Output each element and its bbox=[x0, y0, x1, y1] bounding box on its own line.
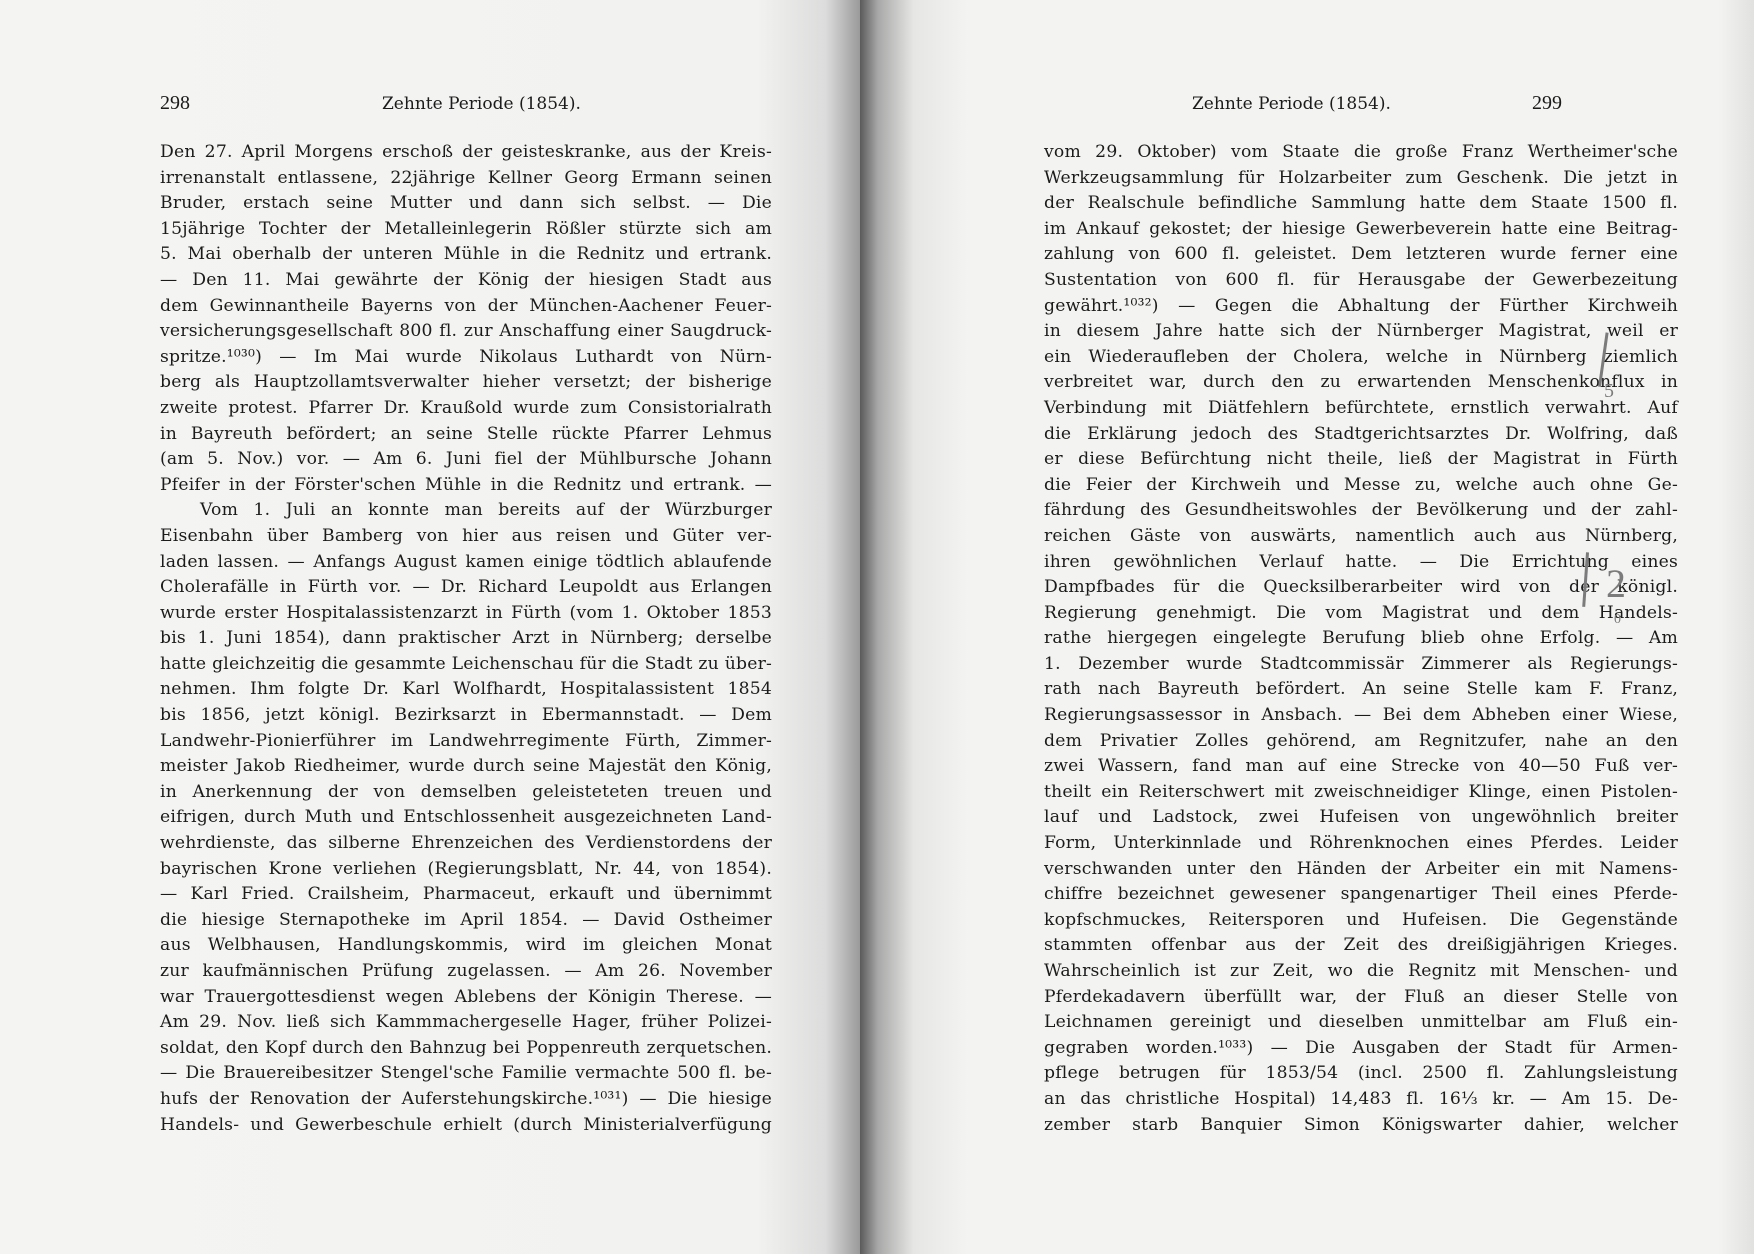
text-line: dem Gewinnantheile Bayerns von der Münch… bbox=[160, 294, 772, 320]
text-line: spritze.¹⁰³⁰) — Im Mai wurde Nikolaus Lu… bbox=[160, 345, 772, 371]
text-line: hatte gleichzeitig die gesammte Leichens… bbox=[160, 652, 772, 678]
text-line: nehmen. Ihm folgte Dr. Karl Wolfhardt, H… bbox=[160, 677, 772, 703]
text-line: Werkzeugsammlung für Holzarbeiter zum Ge… bbox=[1044, 166, 1678, 192]
text-line: chiffre bezeichnet gewesener spangenarti… bbox=[1044, 882, 1678, 908]
text-line: Pfeifer in der Förster'schen Mühle in di… bbox=[160, 473, 772, 499]
text-line: Eisenbahn über Bamberg von hier aus reis… bbox=[160, 524, 772, 550]
text-line: versicherungsgesellschaft 800 fl. zur An… bbox=[160, 319, 772, 345]
text-line: in diesem Jahre hatte sich der Nürnberge… bbox=[1044, 319, 1678, 345]
text-line: Bruder, erstach seine Mutter und dann si… bbox=[160, 191, 772, 217]
text-line: Pferdekadavern überfüllt war, der Fluß a… bbox=[1044, 985, 1678, 1011]
text-line: die Erklärung jedoch des Stadtgerichtsar… bbox=[1044, 422, 1678, 448]
text-line: der Realschule befindliche Sammlung hatt… bbox=[1044, 191, 1678, 217]
text-line: bayrischen Krone verliehen (Regierungsbl… bbox=[160, 857, 772, 883]
text-line: in Anerkennung der von demselben geleist… bbox=[160, 780, 772, 806]
text-line: zur kaufmännischen Prüfung zugelassen. —… bbox=[160, 959, 772, 985]
text-line: die Feier der Kirchweih und Messe zu, we… bbox=[1044, 473, 1678, 499]
left-page-body: Den 27. April Morgens erschoß der geiste… bbox=[160, 140, 772, 1138]
text-line: 1. Dezember wurde Stadtcommissär Zimmere… bbox=[1044, 652, 1678, 678]
text-line: Vom 1. Juli an konnte man bereits auf de… bbox=[160, 498, 772, 524]
text-line: rath nach Bayreuth befördert. An seine S… bbox=[1044, 677, 1678, 703]
text-line: Regierungsassessor in Ansbach. — Bei dem… bbox=[1044, 703, 1678, 729]
pencil-number: 2 bbox=[1606, 560, 1626, 607]
text-line: Cholerafälle in Fürth vor. — Dr. Richard… bbox=[160, 575, 772, 601]
text-line: kopfschmuckes, Reitersporen und Hufeisen… bbox=[1044, 908, 1678, 934]
text-line: zwei Wassern, fand man auf eine Strecke … bbox=[1044, 754, 1678, 780]
right-page-body: vom 29. Oktober) vom Staate die große Fr… bbox=[1044, 140, 1678, 1138]
text-line: in Bayreuth befördert; an seine Stelle r… bbox=[160, 422, 772, 448]
text-line: dem Privatier Zolles gehörend, am Regnit… bbox=[1044, 729, 1678, 755]
text-line: zweite protest. Pfarrer Dr. Kraußold wur… bbox=[160, 396, 772, 422]
left-page: 298 Zehnte Periode (1854). Den 27. April… bbox=[0, 0, 860, 1254]
text-line: Landwehr-Pionierführer im Landwehrregime… bbox=[160, 729, 772, 755]
text-line: Wahrscheinlich ist zur Zeit, wo die Regn… bbox=[1044, 959, 1678, 985]
text-line: zember starb Banquier Simon Königswarter… bbox=[1044, 1113, 1678, 1139]
text-line: Form, Unterkinnlade und Röhrenknochen ei… bbox=[1044, 831, 1678, 857]
text-line: irrenanstalt entlassene, 22jährige Kelln… bbox=[160, 166, 772, 192]
text-line: theilt ein Reiterschwert mit zweischneid… bbox=[1044, 780, 1678, 806]
text-line: fährdung des Gesundheitswohles der Bevöl… bbox=[1044, 498, 1678, 524]
text-line: 5. Mai oberhalb der unteren Mühle in die… bbox=[160, 242, 772, 268]
text-line: aus Welbhausen, Handlungskommis, wird im… bbox=[160, 933, 772, 959]
text-line: stammten offenbar aus der Zeit des dreiß… bbox=[1044, 933, 1678, 959]
text-line: rathe hiergegen eingelegte Berufung blie… bbox=[1044, 626, 1678, 652]
text-line: gegraben worden.¹⁰³³) — Die Ausgaben der… bbox=[1044, 1036, 1678, 1062]
text-line: zahlung von 600 fl. geleistet. Dem letzt… bbox=[1044, 242, 1678, 268]
text-line: eifrigen, durch Muth und Entschlossenhei… bbox=[160, 805, 772, 831]
text-line: lauf und Ladstock, zwei Hufeisen von ung… bbox=[1044, 805, 1678, 831]
text-line: verschwanden unter den Händen der Arbeit… bbox=[1044, 857, 1678, 883]
text-line: — Karl Fried. Crailsheim, Pharmaceut, er… bbox=[160, 882, 772, 908]
text-line: Leichnamen gereinigt und dieselben unmit… bbox=[1044, 1010, 1678, 1036]
text-line: an das christliche Hospital) 14,483 fl. … bbox=[1044, 1087, 1678, 1113]
text-line: verbreitet war, durch den zu erwartenden… bbox=[1044, 370, 1678, 396]
pencil-number-sub: 0 bbox=[1614, 612, 1621, 628]
text-line: pflege betrugen für 1853/54 (incl. 2500 … bbox=[1044, 1061, 1678, 1087]
text-line: bis 1856, jetzt königl. Bezirksarzt in E… bbox=[160, 703, 772, 729]
text-line: war Trauergottesdienst wegen Ablebens de… bbox=[160, 985, 772, 1011]
text-line: Sustentation von 600 fl. für Herausgabe … bbox=[1044, 268, 1678, 294]
text-line: wehrdienste, das silberne Ehrenzeichen d… bbox=[160, 831, 772, 857]
text-line: vom 29. Oktober) vom Staate die große Fr… bbox=[1044, 140, 1678, 166]
text-line: laden lassen. — Anfangs August kamen ein… bbox=[160, 550, 772, 576]
text-line: soldat, den Kopf durch den Bahnzug bei P… bbox=[160, 1036, 772, 1062]
text-line: wurde erster Hospitalassistenzarzt in Fü… bbox=[160, 601, 772, 627]
text-line: — Die Brauereibesitzer Stengel'sche Fami… bbox=[160, 1061, 772, 1087]
text-line: die hiesige Sternapotheke im April 1854.… bbox=[160, 908, 772, 934]
text-line: Am 29. Nov. ließ sich Kammmachergeselle … bbox=[160, 1010, 772, 1036]
text-line: Verbindung mit Diätfehlern befürchtete, … bbox=[1044, 396, 1678, 422]
running-head-left: Zehnte Periode (1854). bbox=[382, 94, 581, 114]
running-head-right: Zehnte Periode (1854). bbox=[1192, 94, 1391, 114]
text-line: meister Jakob Riedheimer, wurde durch se… bbox=[160, 754, 772, 780]
pencil-mark-sub: 5 bbox=[1604, 380, 1614, 403]
text-line: — Den 11. Mai gewährte der König der hie… bbox=[160, 268, 772, 294]
text-line: gewährt.¹⁰³²) — Gegen die Abhaltung der … bbox=[1044, 294, 1678, 320]
text-line: 15jährige Tochter der Metalleinlegerin R… bbox=[160, 217, 772, 243]
text-line: Den 27. April Morgens erschoß der geiste… bbox=[160, 140, 772, 166]
text-line: er diese Befürchtung nicht theile, ließ … bbox=[1044, 447, 1678, 473]
text-line: Handels- und Gewerbeschule erhielt (durc… bbox=[160, 1113, 772, 1139]
text-line: im Ankauf gekostet; der hiesige Gewerbev… bbox=[1044, 217, 1678, 243]
text-line: (am 5. Nov.) vor. — Am 6. Juni fiel der … bbox=[160, 447, 772, 473]
text-line: bis 1. Juni 1854), dann praktischer Arzt… bbox=[160, 626, 772, 652]
text-line: hufs der Renovation der Auferstehungskir… bbox=[160, 1087, 772, 1113]
page-number-right: 299 bbox=[1532, 92, 1562, 115]
page-number-left: 298 bbox=[160, 92, 190, 115]
text-line: berg als Hauptzollamtsverwalter hieher v… bbox=[160, 370, 772, 396]
text-line: ein Wiederaufleben der Cholera, welche i… bbox=[1044, 345, 1678, 371]
